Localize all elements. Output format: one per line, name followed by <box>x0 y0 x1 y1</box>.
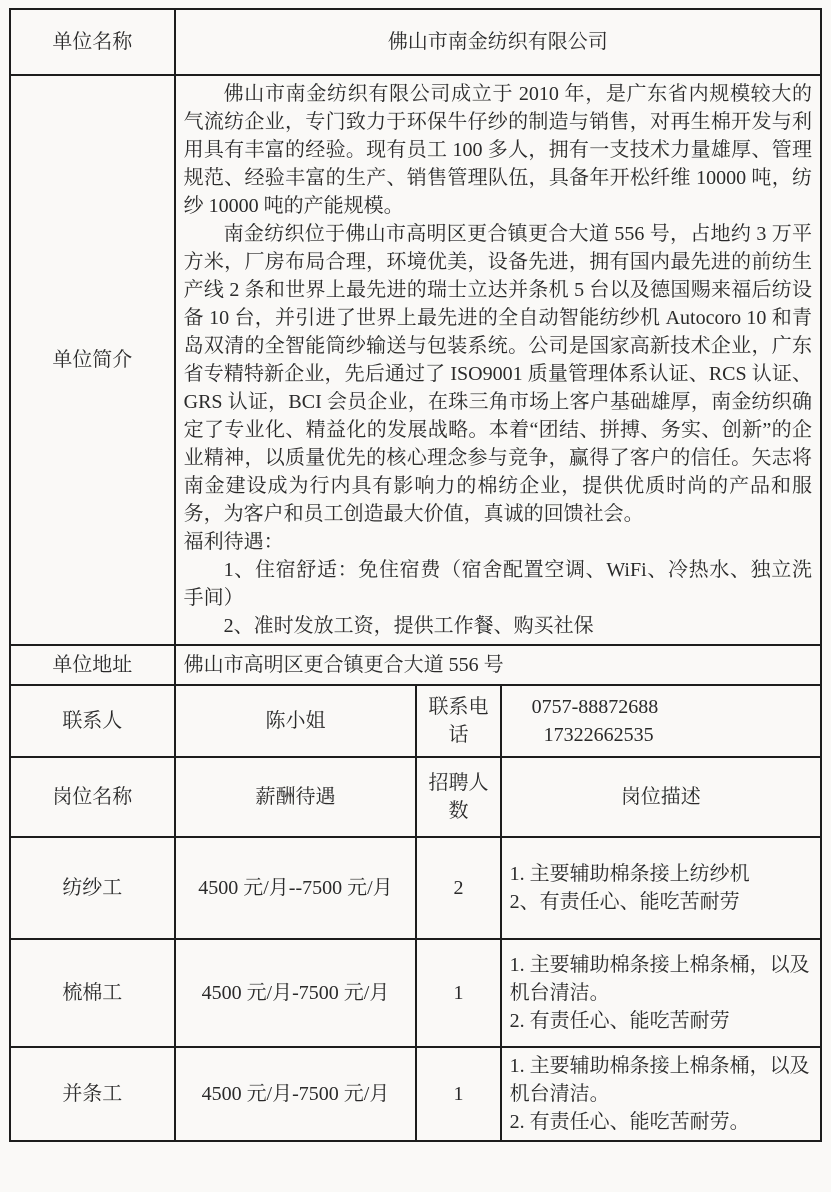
contact-label: 联系人 <box>10 685 175 757</box>
job-desc-line-1: 1. 主要辅助棉条接上棉条桶，以及机台清洁。 <box>510 951 812 1007</box>
company-name-value: 佛山市南金纺织有限公司 <box>175 9 821 75</box>
contact-phone-1: 0757-88872688 <box>532 693 812 721</box>
company-address-value: 佛山市高明区更合镇更合大道 556 号 <box>175 645 821 685</box>
contact-row: 联系人 陈小姐 联系电话 0757-88872688 17322662535 <box>10 685 821 757</box>
job-count: 1 <box>416 939 500 1047</box>
job-description: 1. 主要辅助棉条接上棉条桶，以及机台清洁。 2. 有责任心、能吃苦耐劳 <box>501 939 821 1047</box>
job-count: 2 <box>416 837 500 939</box>
job-header-salary: 薪酬待遇 <box>175 757 417 837</box>
company-name-row: 单位名称 佛山市南金纺织有限公司 <box>10 9 821 75</box>
job-title: 纺纱工 <box>10 837 175 939</box>
company-intro-text: 佛山市南金纺织有限公司成立于 2010 年，是广东省内规模较大的气流纺企业，专门… <box>175 75 821 645</box>
contact-phone-label: 联系电话 <box>416 685 500 757</box>
job-row-drawing: 并条工 4500 元/月-7500 元/月 1 1. 主要辅助棉条接上棉条桶，以… <box>10 1047 821 1141</box>
company-address-row: 单位地址 佛山市高明区更合镇更合大道 556 号 <box>10 645 821 685</box>
job-desc-line-1: 1. 主要辅助棉条接上纺纱机 <box>510 860 812 888</box>
contact-name: 陈小姐 <box>175 685 417 757</box>
job-desc-line-1: 1. 主要辅助棉条接上棉条桶，以及机台清洁。 <box>510 1052 812 1108</box>
job-title: 梳棉工 <box>10 939 175 1047</box>
job-salary: 4500 元/月-7500 元/月 <box>175 1047 417 1141</box>
job-desc-line-2: 2、有责任心、能吃苦耐劳 <box>510 888 812 916</box>
welfare-item-2: 2、准时发放工资，提供工作餐、购买社保 <box>184 612 812 640</box>
job-header-row: 岗位名称 薪酬待遇 招聘人数 岗位描述 <box>10 757 821 837</box>
intro-paragraph-1: 佛山市南金纺织有限公司成立于 2010 年，是广东省内规模较大的气流纺企业，专门… <box>184 80 812 220</box>
job-description: 1. 主要辅助棉条接上纺纱机 2、有责任心、能吃苦耐劳 <box>501 837 821 939</box>
job-header-title: 岗位名称 <box>10 757 175 837</box>
recruitment-table: 单位名称 佛山市南金纺织有限公司 单位简介 佛山市南金纺织有限公司成立于 201… <box>9 8 822 1142</box>
company-name-label: 单位名称 <box>10 9 175 75</box>
intro-paragraph-2: 南金纺织位于佛山市高明区更合镇更合大道 556 号，占地约 3 万平方米，厂房布… <box>184 220 812 528</box>
welfare-item-1: 1、住宿舒适：免住宿费（宿舍配置空调、WiFi、冷热水、独立洗手间） <box>184 556 812 612</box>
contact-phone-2: 17322662535 <box>532 721 812 749</box>
job-row-carding: 梳棉工 4500 元/月-7500 元/月 1 1. 主要辅助棉条接上棉条桶，以… <box>10 939 821 1047</box>
job-salary: 4500 元/月-7500 元/月 <box>175 939 417 1047</box>
company-intro-row: 单位简介 佛山市南金纺织有限公司成立于 2010 年，是广东省内规模较大的气流纺… <box>10 75 821 645</box>
company-address-label: 单位地址 <box>10 645 175 685</box>
document-page: 单位名称 佛山市南金纺织有限公司 单位简介 佛山市南金纺织有限公司成立于 201… <box>0 0 831 1192</box>
job-salary: 4500 元/月--7500 元/月 <box>175 837 417 939</box>
job-count: 1 <box>416 1047 500 1141</box>
job-desc-line-2: 2. 有责任心、能吃苦耐劳。 <box>510 1108 812 1136</box>
job-desc-line-2: 2. 有责任心、能吃苦耐劳 <box>510 1007 812 1035</box>
company-intro-label: 单位简介 <box>10 75 175 645</box>
job-header-count: 招聘人数 <box>416 757 500 837</box>
contact-phone-numbers: 0757-88872688 17322662535 <box>501 685 821 757</box>
job-title: 并条工 <box>10 1047 175 1141</box>
job-row-spinner: 纺纱工 4500 元/月--7500 元/月 2 1. 主要辅助棉条接上纺纱机 … <box>10 837 821 939</box>
welfare-title: 福利待遇： <box>184 528 812 556</box>
job-description: 1. 主要辅助棉条接上棉条桶，以及机台清洁。 2. 有责任心、能吃苦耐劳。 <box>501 1047 821 1141</box>
job-header-desc: 岗位描述 <box>501 757 821 837</box>
